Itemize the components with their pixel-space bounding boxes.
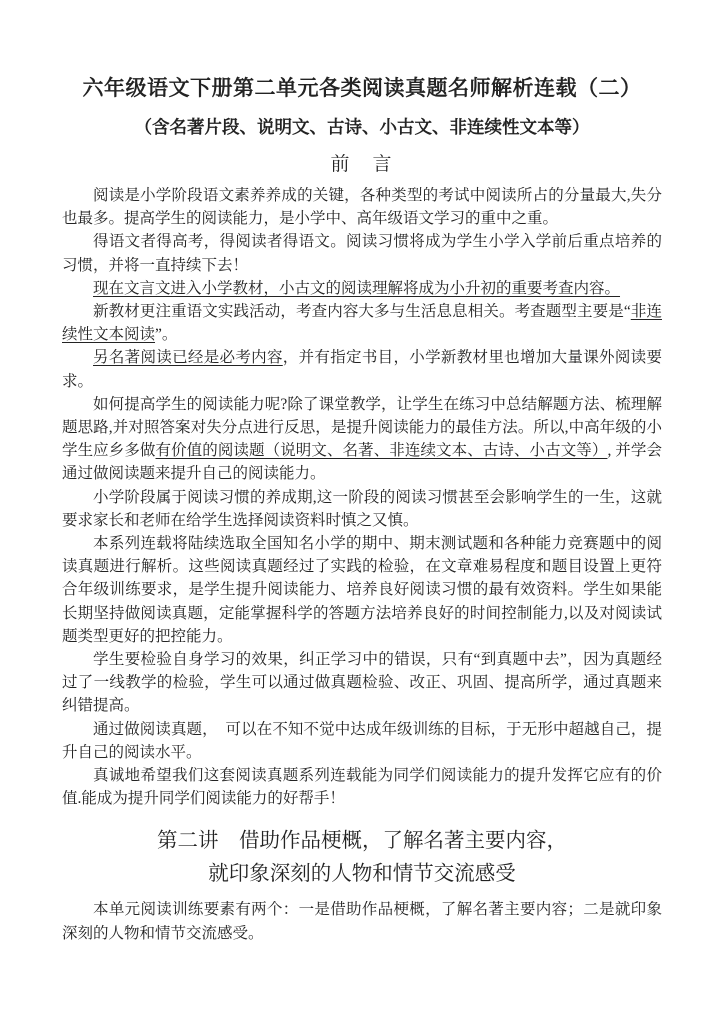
paragraph: 如何提高学生的阅读能力呢?除了课堂教学，让学生在练习中总结解题方法、梳理解题思路… <box>62 393 662 486</box>
text-run: 通过做阅读真题， 可以在不知不觉中达成年级训练的目标，于无形中超越自己，提升自己… <box>62 721 662 761</box>
paragraph: 本系列连载将陆续选取全国知名小学的期中、期末测试题和各种能力竞赛题中的阅读真题进… <box>62 532 662 648</box>
document-subtitle: （含名著片段、说明文、古诗、小古文、非连续性文本等） <box>62 114 662 139</box>
underlined-text: 现在文言文进入小学教材，小古文的阅读理解将成为小升初的重要考查内容。 <box>93 280 620 297</box>
paragraph: 学生要检验自身学习的效果，纠正学习中的错误，只有“到真题中去”，因为真题经过了一… <box>62 648 662 718</box>
preface-body: 阅读是小学阶段语文素养养成的关键，各种类型的考试中阅读所占的分量最大,失分也最多… <box>62 184 662 810</box>
section-heading-line1: 第二讲 借助作品梗概，了解名著主要内容， <box>62 825 662 858</box>
paragraph: 通过做阅读真题， 可以在不知不觉中达成年级训练的目标，于无形中超越自己，提升自己… <box>62 718 662 764</box>
text-run: 本系列连载将陆续选取全国知名小学的期中、期末测试题和各种能力竞赛题中的阅读真题进… <box>62 535 662 645</box>
text-run: 得语文者得高考，得阅读者得语文。阅读习惯将成为学生小学入学前后重点培养的习惯，并… <box>62 233 662 273</box>
document-title: 六年级语文下册第二单元各类阅读真题名师解析连载（二） <box>62 0 662 102</box>
text-run: 本单元阅读训练要素有两个：一是借助作品梗概，了解名著主要内容；二是就印象深刻的人… <box>62 901 662 941</box>
paragraph: 阅读是小学阶段语文素养养成的关键，各种类型的考试中阅读所占的分量最大,失分也最多… <box>62 184 662 230</box>
text-run: ”。 <box>155 326 177 343</box>
text-run: 真诚地希望我们这套阅读真题系列连载能为同学们阅读能力的提升发挥它应有的价值.能成… <box>62 767 662 807</box>
text-run: 学生要检验自身学习的效果，纠正学习中的错误，只有“到真题中去”，因为真题经过了一… <box>62 651 662 714</box>
text-run: 阅读是小学阶段语文素养养成的关键，各种类型的考试中阅读所占的分量最大,失分也最多… <box>62 187 662 227</box>
text-run: 小学阶段属于阅读习惯的养成期,这一阶段的阅读习惯甚至会影响学生的一生，这就要求家… <box>62 489 662 529</box>
section-body: 本单元阅读训练要素有两个：一是借助作品梗概，了解名著主要内容；二是就印象深刻的人… <box>62 898 662 944</box>
page-content: 六年级语文下册第二单元各类阅读真题名师解析连载（二） （含名著片段、说明文、古诗… <box>0 0 724 945</box>
document-page: 六年级语文下册第二单元各类阅读真题名师解析连载（二） （含名著片段、说明文、古诗… <box>0 0 724 1024</box>
paragraph: 真诚地希望我们这套阅读真题系列连载能为同学们阅读能力的提升发挥它应有的价值.能成… <box>62 764 662 810</box>
underlined-text: 另名著阅读已经是必考内容 <box>93 349 283 366</box>
paragraph: 新教材更注重语文实践活动，考查内容大多与生活息息相关。考查题型主要是“非连续性文… <box>62 300 662 346</box>
paragraph: 另名著阅读已经是必考内容，并有指定书目，小学新教材里也增加大量课外阅读要求。 <box>62 346 662 392</box>
paragraph: 得语文者得高考，得阅读者得语文。阅读习惯将成为学生小学入学前后重点培养的习惯，并… <box>62 230 662 276</box>
paragraph: 现在文言文进入小学教材，小古文的阅读理解将成为小升初的重要考查内容。 <box>62 277 662 300</box>
text-run: 新教材更注重语文实践活动，考查内容大多与生活息息相关。考查题型主要是“ <box>93 303 631 320</box>
paragraph: 小学阶段属于阅读习惯的养成期,这一阶段的阅读习惯甚至会影响学生的一生，这就要求家… <box>62 486 662 532</box>
preface-heading: 前 言 <box>62 149 662 176</box>
paragraph: 本单元阅读训练要素有两个：一是借助作品梗概，了解名著主要内容；二是就印象深刻的人… <box>62 898 662 944</box>
section-heading: 第二讲 借助作品梗概，了解名著主要内容， 就印象深刻的人物和情节交流感受 <box>62 825 662 891</box>
underlined-text: 有价值的阅读题（说明文、名著、非连续文本、古诗、小古文等） <box>156 442 608 459</box>
section-heading-line2: 就印象深刻的人物和情节交流感受 <box>62 858 662 891</box>
